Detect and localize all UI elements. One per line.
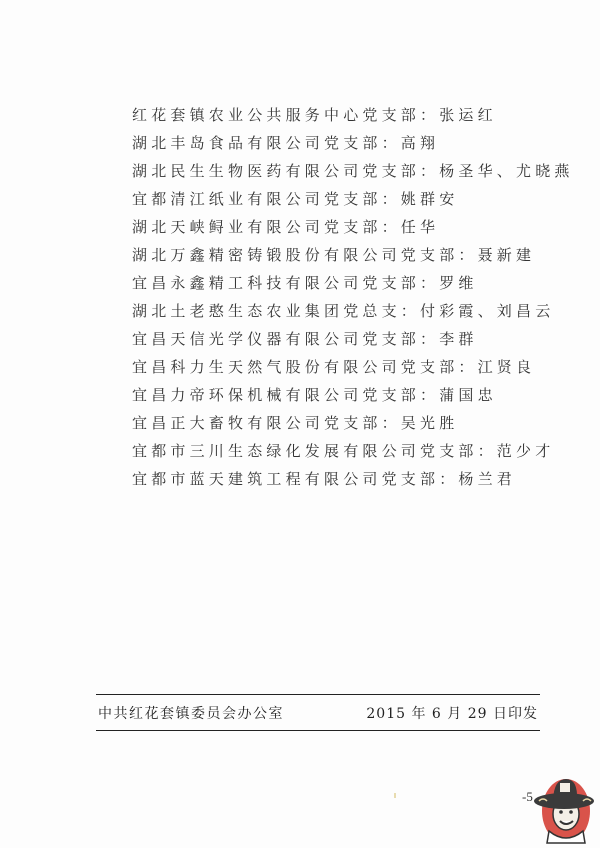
list-item: 湖北丰岛食品有限公司党支部：高翔 (132, 131, 574, 159)
page-number: -5 (522, 789, 533, 805)
list-item: 宜昌永鑫精工科技有限公司党支部：罗维 (132, 271, 574, 299)
issue-date: 2015 年 6 月 29 日印发 (366, 703, 538, 723)
list-item: 宜都市三川生态绿化发展有限公司党支部：范少才 (132, 439, 574, 467)
issuer-name: 中共红花套镇委员会办公室 (98, 703, 284, 723)
issuance-footer: 中共红花套镇委员会办公室 2015 年 6 月 29 日印发 (96, 694, 540, 731)
list-item: 湖北万鑫精密铸锻股份有限公司党支部：聂新建 (132, 243, 574, 271)
list-item: 红花套镇农业公共服务中心党支部：张运红 (132, 103, 574, 131)
list-item: 宜都市蓝天建筑工程有限公司党支部：杨兰君 (132, 467, 574, 495)
list-item: 宜昌天信光学仪器有限公司党支部：李群 (132, 327, 574, 355)
branch-list: 红花套镇农业公共服务中心党支部：张运红 湖北丰岛食品有限公司党支部：高翔 湖北民… (132, 103, 574, 495)
list-item: 宜昌科力生天然气股份有限公司党支部：江贤良 (132, 355, 574, 383)
list-item: 宜昌正大畜牧有限公司党支部：吴光胜 (132, 411, 574, 439)
list-item: 湖北土老憨生态农业集团党总支：付彩霞、刘昌云 (132, 299, 574, 327)
list-item: 湖北天峡鲟业有限公司党支部：任华 (132, 215, 574, 243)
scan-speck (394, 793, 396, 798)
list-item: 宜都清江纸业有限公司党支部：姚群安 (132, 187, 574, 215)
watermark-logo-icon (533, 773, 595, 845)
list-item: 宜昌力帝环保机械有限公司党支部：蒲国忠 (132, 383, 574, 411)
list-item: 湖北民生生物医药有限公司党支部：杨圣华、尤晓燕 (132, 159, 574, 187)
